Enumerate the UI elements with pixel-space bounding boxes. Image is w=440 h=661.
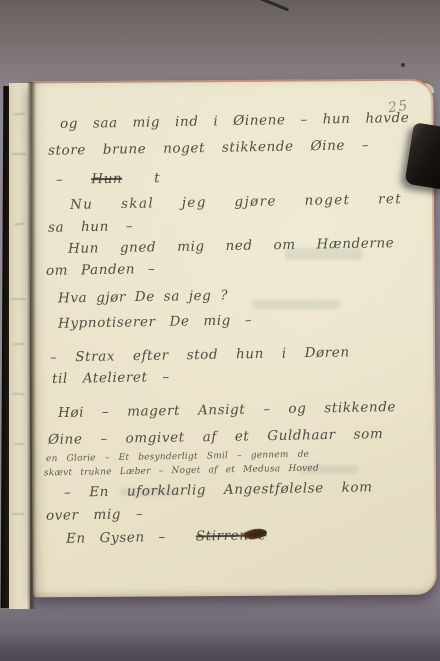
photo-background: 25 og saa mig ind i Øinene – hun havde s…	[0, 0, 440, 661]
handwriting-line-8: Hva gjør De sa jeg ?	[58, 288, 228, 307]
dash: –	[56, 172, 64, 188]
table-shadow	[0, 635, 440, 661]
handwriting-line-3: – Hun t	[56, 170, 160, 188]
background-speck	[401, 63, 405, 67]
gutter-shadow	[27, 82, 37, 609]
handwriting-fragment: t	[154, 170, 160, 186]
bleed-through-mark	[12, 393, 25, 396]
handwriting-line-11: til Atelieret –	[52, 369, 170, 387]
bleed-through-mark	[14, 443, 24, 446]
handwriting-line-7: om Panden –	[46, 261, 156, 279]
bleed-through-mark	[12, 513, 25, 515]
bleed-through-mark	[14, 222, 25, 225]
handwriting-line-9: Hypnotiserer De mig –	[58, 312, 252, 331]
bleed-through-mark	[11, 298, 26, 301]
struck-word: Hun	[91, 171, 122, 188]
bleed-through-mark	[12, 153, 26, 156]
bleed-through-mark	[13, 343, 25, 346]
bleed-through-smudge	[252, 300, 340, 309]
handwriting-line-17: over mig –	[46, 506, 144, 524]
handwriting-fragment: En Gysen –	[66, 529, 166, 547]
background-shadow	[0, 0, 440, 90]
bleed-through-mark	[13, 113, 25, 116]
handwriting-line-5: sa hun –	[48, 218, 133, 235]
